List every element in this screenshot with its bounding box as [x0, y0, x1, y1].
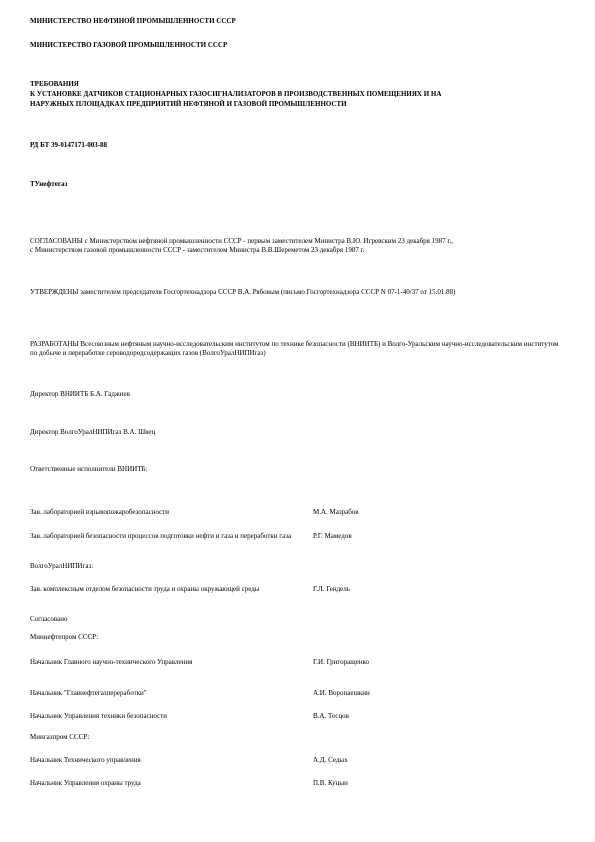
- developed-section: РАЗРАБОТАНЫ Всесоюзным нефтяным научно-и…: [30, 340, 560, 358]
- title-line-3: НАРУЖНЫХ ПЛОЩАДКАХ ПРЕДПРИЯТИЙ НЕФТЯНОЙ …: [30, 100, 347, 109]
- signatory-role: Начальник Управления охраны труда: [30, 779, 295, 788]
- signatory-name: Г.Л. Гендель: [313, 585, 350, 594]
- signatory-name: Р.Г. Мамедов: [313, 532, 352, 541]
- developed-label: РАЗРАБОТАНЫ: [30, 340, 79, 348]
- ministry-oil-heading: МИНИСТЕРСТВО НЕФТЯНОЙ ПРОМЫШЛЕННОСТИ ССС…: [30, 17, 236, 26]
- document-code: РД БТ 39-0147171-003-88: [30, 141, 107, 150]
- signatory-role: Начальник Управления техники безопасност…: [30, 712, 295, 721]
- signatory-name: М.А. Мазрабов: [313, 508, 359, 517]
- signatory-role: Зав. лабораторией взрывопожаробезопаснос…: [30, 508, 295, 517]
- approved-label: УТВЕРЖДЕНЫ: [30, 288, 78, 296]
- signatory-name: Г.И. Григоращенко: [313, 658, 369, 667]
- director-vniitb: Директор ВНИИТБ Б.А. Гаджиев: [30, 390, 130, 399]
- signatory-name: А.И. Воропаешкин: [313, 689, 370, 698]
- signatory-role: Зав. комплексным отделом безопасности тр…: [30, 585, 295, 594]
- developed-text: Всесоюзным нефтяным научно-исследователь…: [30, 340, 558, 357]
- responsible-label: Ответственные исполнители ВНИИТБ:: [30, 465, 147, 474]
- signatory-name: П.В. Куцын: [313, 779, 348, 788]
- agreed2-label: Согласовано: [30, 615, 67, 624]
- agreed-text-2: с Министерством газовой промышленности С…: [30, 246, 560, 255]
- agreed-label: СОГЛАСОВАНЫ: [30, 237, 83, 245]
- approved-text: заместителем председателя Госгортехнадзо…: [80, 288, 455, 296]
- signatory-name: В.А. Тесцов: [313, 712, 349, 721]
- signatory-role: Начальник Технического управления: [30, 756, 295, 765]
- title-line-2: К УСТАНОВКЕ ДАТЧИКОВ СТАЦИОНАРНЫХ ГАЗОСИ…: [30, 90, 441, 99]
- signatory-name: А.Д. Седых: [313, 756, 348, 765]
- signatory-role: Начальник "Главнефтегазпереработки": [30, 689, 295, 698]
- ministry-gas-heading: МИНИСТЕРСТВО ГАЗОВОЙ ПРОМЫШЛЕННОСТИ СССР: [30, 41, 227, 50]
- minneft-label: Миннефтепром СССР:: [30, 633, 98, 642]
- mingaz-label: Мингазпром СССР:: [30, 733, 89, 742]
- volgo-label: ВолгоУралНИПИгаз:: [30, 562, 93, 571]
- signatory-role: Зав. лабораторией безопасности процессов…: [30, 532, 295, 541]
- title-line-1: ТРЕБОВАНИЯ: [30, 80, 79, 89]
- approved-section: УТВЕРЖДЕНЫ заместителем председателя Гос…: [30, 288, 560, 297]
- agreed-section: СОГЛАСОВАНЫ с Министерством нефтяной про…: [30, 237, 560, 255]
- agreed-text-1: с Министерством нефтяной промышленности …: [85, 237, 453, 245]
- organization: ТУнефтегаз: [30, 180, 67, 189]
- signatory-role: Начальник Главного научно-технического У…: [30, 658, 295, 667]
- director-volgouralnipigaz: Директор ВолгоУралНИПИгаз В.А. Швец: [30, 428, 155, 437]
